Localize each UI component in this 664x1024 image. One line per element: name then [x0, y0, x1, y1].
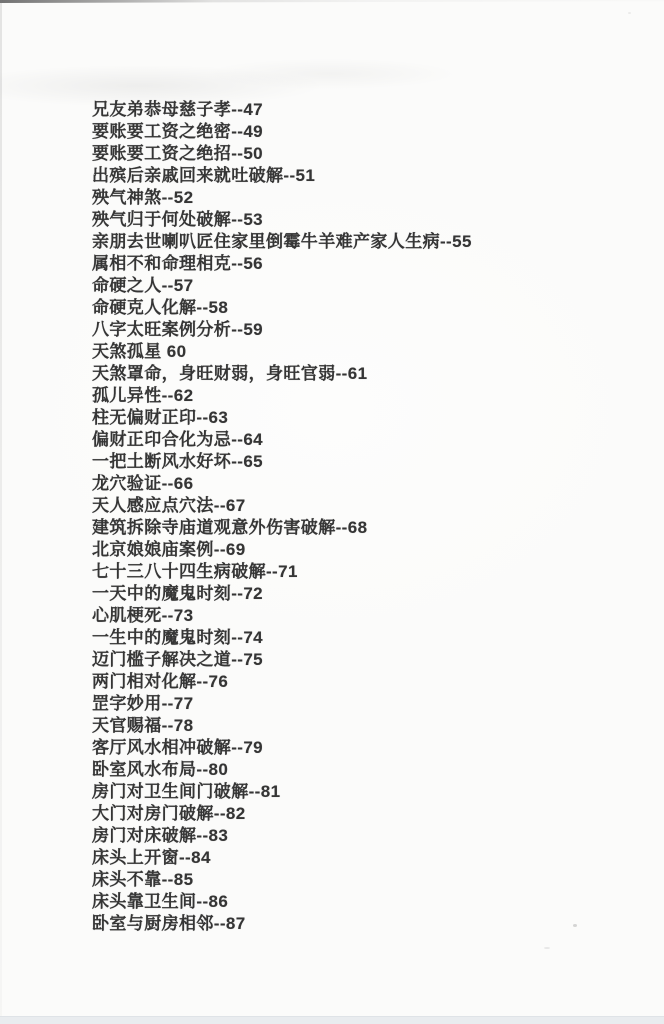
scan-bottom-edge-artifact [0, 1016, 664, 1024]
toc-entry: 一把土断风水好坏--65 [92, 451, 632, 473]
toc-entry: 卧室风水布局--80 [92, 759, 632, 781]
scan-left-edge-artifact [0, 0, 2, 1024]
toc-entry: 两门相对化解--76 [92, 671, 632, 693]
toc-entry: 龙穴验证--66 [92, 473, 632, 495]
toc-entry: 天人感应点穴法--67 [92, 495, 632, 517]
toc-entry: 卧室与厨房相邻--87 [92, 913, 632, 935]
scan-speck-artifact [544, 947, 550, 949]
toc-entry: 房门对卫生间门破解--81 [92, 781, 632, 803]
table-of-contents: 兄友弟恭母慈子孝--47要账要工资之绝密--49要账要工资之绝招--50出殡后亲… [92, 99, 632, 935]
toc-entry: 迈门槛子解决之道--75 [92, 649, 632, 671]
toc-entry: 天官赐福--78 [92, 715, 632, 737]
toc-entry: 一生中的魔鬼时刻--74 [92, 627, 632, 649]
toc-entry: 要账要工资之绝招--50 [92, 143, 632, 165]
toc-entry: 殃气归于何处破解--53 [92, 209, 632, 231]
toc-entry: 亲朋去世喇叭匠住家里倒霉牛羊难产家人生病--55 [92, 231, 632, 253]
toc-entry: 建筑拆除寺庙道观意外伤害破解--68 [92, 517, 632, 539]
scan-speck-artifact [573, 924, 577, 927]
toc-entry: 罡字妙用--77 [92, 693, 632, 715]
toc-entry: 床头不靠--85 [92, 869, 632, 891]
toc-entry: 大门对房门破解--82 [92, 803, 632, 825]
toc-entry: 床头上开窗--84 [92, 847, 632, 869]
toc-entry: 出殡后亲戚回来就吐破解--51 [92, 165, 632, 187]
toc-entry: 北京娘娘庙案例--69 [92, 539, 632, 561]
toc-entry: 命硬之人--57 [92, 275, 632, 297]
toc-entry: 兄友弟恭母慈子孝--47 [92, 99, 632, 121]
scan-top-edge-artifact [0, 0, 664, 3]
scanned-document-page: 兄友弟恭母慈子孝--47要账要工资之绝密--49要账要工资之绝招--50出殡后亲… [0, 0, 664, 1024]
toc-entry: 偏财正印合化为忌--64 [92, 429, 632, 451]
toc-entry: 命硬克人化解--58 [92, 297, 632, 319]
toc-entry: 属相不和命理相克--56 [92, 253, 632, 275]
toc-entry: 殃气神煞--52 [92, 187, 632, 209]
toc-entry: 天煞孤星 60 [92, 341, 632, 363]
toc-entry: 心肌梗死--73 [92, 605, 632, 627]
toc-entry: 天煞罩命，身旺财弱，身旺官弱--61 [92, 363, 632, 385]
toc-entry: 房门对床破解--83 [92, 825, 632, 847]
toc-entry: 七十三八十四生病破解--71 [92, 561, 632, 583]
toc-entry: 一天中的魔鬼时刻--72 [92, 583, 632, 605]
toc-entry: 八字太旺案例分析--59 [92, 319, 632, 341]
toc-entry: 床头靠卫生间--86 [92, 891, 632, 913]
toc-entry: 柱无偏财正印--63 [92, 407, 632, 429]
toc-entry: 客厅风水相冲破解--79 [92, 737, 632, 759]
toc-entry: 要账要工资之绝密--49 [92, 121, 632, 143]
toc-entry: 孤儿异性--62 [92, 385, 632, 407]
scan-speck-artifact [628, 12, 631, 14]
